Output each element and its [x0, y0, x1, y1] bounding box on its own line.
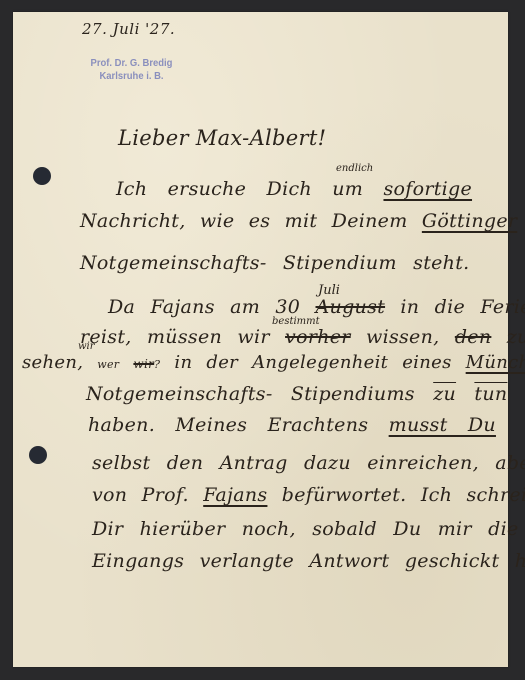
letter-line-4: Da Fajans am 30 August in die Ferien: [108, 296, 525, 318]
insertion-endlich: endlich: [336, 163, 373, 174]
struck-word: wir: [133, 357, 154, 371]
punch-hole-bottom: [29, 446, 47, 464]
letter-line-11: Dir hierüber noch, sobald Du mir die: [92, 518, 519, 540]
letter-line-2: Nachricht, wie es mit Deinem Göttinger: [80, 210, 517, 232]
underlined-word: Münchener: [466, 352, 525, 373]
letter-line-7: Notgemeinschafts- Stipendiums zu tun: [86, 383, 507, 405]
letter-line-5: reist, müssen wir vorher wissen, den zu: [80, 326, 525, 348]
letter-line-1: Ich ersuche Dich um sofortige: [116, 178, 472, 200]
letter-line-9: selbst den Antrag dazu einreichen, aber: [92, 452, 525, 474]
letter-line-3: Notgemeinschafts- Stipendium steht.: [80, 252, 469, 274]
struck-word: vorher: [285, 326, 351, 348]
underlined-word: Göttinger: [422, 210, 517, 232]
underlined-word: Fajans: [203, 484, 267, 506]
salutation: Lieber Max-Albert!: [118, 126, 326, 150]
struck-word: August: [316, 296, 386, 318]
scanned-letter: 27. Juli '27. Prof. Dr. G. Bredig Karlsr…: [0, 0, 525, 680]
letter-line-12: Eingangs verlangte Antwort geschickt has…: [92, 550, 525, 572]
stamp-name: Prof. Dr. G. Bredig: [73, 57, 190, 70]
letter-line-6: sehen, wer wir? in der Angelegenheit ein…: [22, 352, 525, 373]
letter-line-8: haben. Meines Erachtens musst Du: [88, 414, 496, 436]
punch-hole-top: [33, 167, 51, 185]
underlined-word: musst Du: [389, 414, 496, 436]
letterhead-stamp: Prof. Dr. G. Bredig Karlsruhe i. B.: [73, 57, 190, 83]
letter-line-10: von Prof. Fajans befürwortet. Ich schrei…: [92, 484, 525, 506]
letter-date: 27. Juli '27.: [82, 20, 175, 38]
struck-word: den: [455, 326, 492, 348]
underlined-word: sofortige: [383, 178, 472, 200]
insertion-wir: wir: [78, 341, 95, 352]
stamp-location: Karlsruhe i. B.: [73, 70, 190, 83]
